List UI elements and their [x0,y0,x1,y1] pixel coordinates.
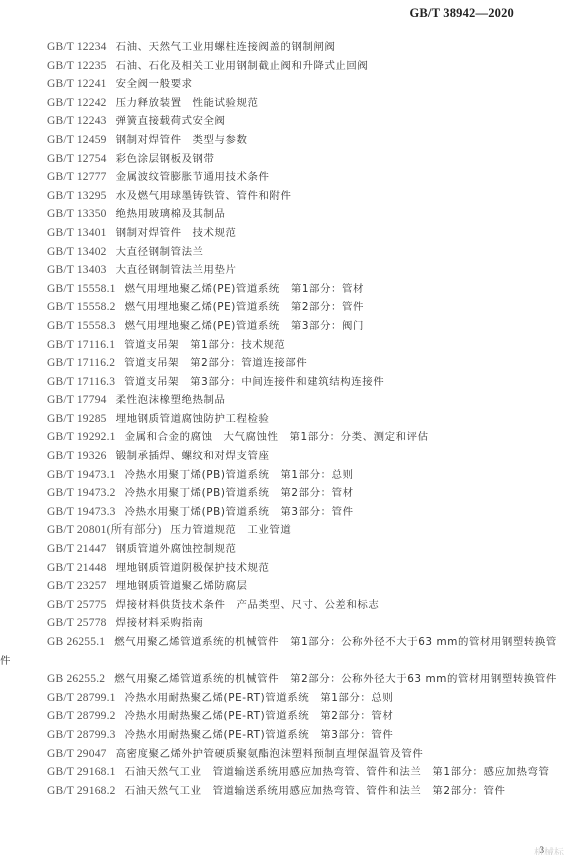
reference-code: GB/T 28799.1 [47,692,116,704]
reference-entry: GB/T 12754彩色涂层钢板及钢带 [0,150,574,169]
reference-entry: GB/T 12459钢制对焊管件 类型与参数 [0,131,574,150]
reference-title: 冷热水用耐热聚乙烯(PE-RT)管道系统 第3部分：管件 [125,729,394,741]
reference-entry: GB/T 12242压力释放装置 性能试验规范 [0,94,574,113]
reference-title: 焊接材料采购指南 [116,617,204,629]
reference-entry: GB/T 17116.3管道支吊架 第3部分：中间连接件和建筑结构连接件 [0,373,574,392]
reference-title: 燃气用埋地聚乙烯(PE)管道系统 第2部分：管件 [125,301,364,313]
reference-title: 钢质管道外腐蚀控制规范 [116,543,237,555]
reference-code: GB/T 25778 [47,617,107,629]
reference-code: GB/T 25775 [47,599,107,611]
reference-code: GB/T 12243 [47,115,107,127]
reference-code: GB/T 13401 [47,227,107,239]
reference-entry: GB/T 15558.3燃气用埋地聚乙烯(PE)管道系统 第3部分：阀门 [0,317,574,336]
reference-title: 柔性泡沫橡塑绝热制品 [116,394,226,406]
reference-entry: GB/T 20801(所有部分)压力管道规范 工业管道 [0,521,574,540]
reference-code: GB/T 21448 [47,562,107,574]
reference-entry: GB/T 19473.3冷热水用聚丁烯(PB)管道系统 第3部分：管件 [0,503,574,522]
reference-code: GB/T 29168.2 [47,785,116,797]
reference-title: 燃气用聚乙烯管道系统的机械管件 第2部分：公称外径大于63 mm的管材用钢塑转换… [114,673,557,685]
reference-title: 焊接材料供货技术条件 产品类型、尺寸、公差和标志 [116,599,380,611]
reference-code: GB/T 12242 [47,97,107,109]
reference-code: GB/T 19326 [47,450,107,462]
reference-code: GB/T 13350 [47,208,107,220]
reference-title: 水及燃气用球墨铸铁管、管件和附件 [116,190,292,202]
reference-entry: GB/T 19285埋地钢质管道腐蚀防护工程检验 [0,410,574,429]
reference-code: GB/T 20801(所有部分) [47,524,161,536]
reference-code: GB/T 12235 [47,60,107,72]
reference-entry: GB/T 28799.2冷热水用耐热聚乙烯(PE-RT)管道系统 第2部分：管材 [0,707,574,726]
reference-code: GB 26255.1 [47,636,105,648]
reference-entry: GB 26255.2燃气用聚乙烯管道系统的机械管件 第2部分：公称外径大于63 … [0,670,574,689]
reference-title: 彩色涂层钢板及钢带 [116,153,215,165]
reference-entry: GB/T 29168.1石油天然气工业 管道输送系统用感应加热弯管、管件和法兰 … [0,763,574,782]
reference-title: 燃气用埋地聚乙烯(PE)管道系统 第1部分：管材 [125,283,364,295]
reference-title: 埋地钢质管道聚乙烯防腐层 [116,580,248,592]
standard-number-header: GB/T 38942—2020 [409,6,514,21]
reference-code: GB/T 17116.1 [47,339,115,351]
reference-entry: GB/T 17116.2管道支吊架 第2部分：管道连接部件 [0,354,574,373]
reference-title: 管道支吊架 第1部分：技术规范 [124,339,285,351]
reference-title: 管道支吊架 第2部分：管道连接部件 [124,357,307,369]
reference-code: GB 26255.2 [47,673,105,685]
reference-code: GB/T 21447 [47,543,107,555]
reference-title: 大直径钢制管法兰用垫片 [116,264,237,276]
reference-title: 埋地钢质管道腐蚀防护工程检验 [116,413,270,425]
reference-code: GB/T 12754 [47,153,107,165]
reference-title: 冷热水用聚丁烯(PB)管道系统 第1部分：总则 [125,469,354,481]
reference-code: GB/T 13403 [47,264,107,276]
reference-code: GB/T 19473.1 [47,469,116,481]
reference-title: 石油、天然气工业用螺柱连接阀盖的钢制闸阀 [116,41,336,53]
reference-entry: GB/T 12243弹簧直接载荷式安全阀 [0,112,574,131]
reference-code: GB/T 19473.3 [47,506,116,518]
reference-entry: GB/T 13350绝热用玻璃棉及其制品 [0,205,574,224]
reference-title: 石油、石化及相关工业用钢制截止阀和升降式止回阀 [116,60,369,72]
reference-entry: GB/T 13403大直径钢制管法兰用垫片 [0,261,574,280]
reference-entry: GB/T 25775焊接材料供货技术条件 产品类型、尺寸、公差和标志 [0,596,574,615]
reference-entry: GB/T 12777金属波纹管膨胀节通用技术条件 [0,168,574,187]
reference-code: GB/T 19292.1 [47,431,116,443]
reference-title: 安全阀一般要求 [116,78,193,90]
reference-entry: GB/T 12235石油、石化及相关工业用钢制截止阀和升降式止回阀 [0,57,574,76]
reference-entry: GB/T 21447钢质管道外腐蚀控制规范 [0,540,574,559]
reference-entry: GB/T 12241安全阀一般要求 [0,75,574,94]
reference-code: GB/T 12777 [47,171,107,183]
reference-code: GB/T 15558.1 [47,283,116,295]
reference-title: 压力释放装置 性能试验规范 [116,97,259,109]
reference-title: 金属波纹管膨胀节通用技术条件 [116,171,270,183]
reference-code: GB/T 12241 [47,78,107,90]
reference-title: 大直径钢制管法兰 [116,246,204,258]
reference-entry: GB/T 13295水及燃气用球墨铸铁管、管件和附件 [0,187,574,206]
reference-entry: GB 26255.1燃气用聚乙烯管道系统的机械管件 第1部分：公称外径不大于63… [0,633,574,670]
reference-title: 冷热水用聚丁烯(PB)管道系统 第2部分：管材 [125,487,354,499]
reference-code: GB/T 17116.3 [47,376,115,388]
reference-entry: GB/T 21448埋地钢质管道阴极保护技术规范 [0,559,574,578]
reference-title: 冷热水用聚丁烯(PB)管道系统 第3部分：管件 [125,506,354,518]
reference-code: GB/T 15558.2 [47,301,116,313]
reference-title: 燃气用埋地聚乙烯(PE)管道系统 第3部分：阀门 [125,320,364,332]
reference-entry: GB/T 13401钢制对焊管件 技术规范 [0,224,574,243]
reference-code: GB/T 13402 [47,246,107,258]
reference-title: 锻制承插焊、螺纹和对焊支管座 [116,450,270,462]
reference-entry: GB/T 17794柔性泡沫橡塑绝热制品 [0,391,574,410]
reference-title: 石油天然气工业 管道输送系统用感应加热弯管、管件和法兰 第1部分：感应加热弯管 [125,766,550,778]
reference-code: GB/T 28799.2 [47,710,116,722]
reference-code: GB/T 19285 [47,413,107,425]
reference-entry: GB/T 29168.2石油天然气工业 管道输送系统用感应加热弯管、管件和法兰 … [0,782,574,801]
reference-title: 钢制对焊管件 技术规范 [116,227,237,239]
reference-title: 金属和合金的腐蚀 大气腐蚀性 第1部分：分类、测定和评估 [125,431,429,443]
reference-title: 高密度聚乙烯外护管硬质聚氨酯泡沫塑料预制直埋保温管及管件 [116,748,424,760]
reference-entry: GB/T 29047高密度聚乙烯外护管硬质聚氨酯泡沫塑料预制直埋保温管及管件 [0,745,574,764]
reference-code: GB/T 23257 [47,580,107,592]
reference-entry: GB/T 19292.1金属和合金的腐蚀 大气腐蚀性 第1部分：分类、测定和评估 [0,428,574,447]
reference-code: GB/T 15558.3 [47,320,116,332]
reference-code: GB/T 29168.1 [47,766,116,778]
reference-entry: GB/T 13402大直径钢制管法兰 [0,243,574,262]
reference-entry: GB/T 28799.1冷热水用耐热聚乙烯(PE-RT)管道系统 第1部分：总则 [0,689,574,708]
reference-title: 埋地钢质管道阴极保护技术规范 [116,562,270,574]
reference-code: GB/T 12459 [47,134,107,146]
reference-code: GB/T 13295 [47,190,107,202]
reference-title: 管道支吊架 第3部分：中间连接件和建筑结构连接件 [124,376,384,388]
reference-entry: GB/T 15558.2燃气用埋地聚乙烯(PE)管道系统 第2部分：管件 [0,298,574,317]
reference-title: 冷热水用耐热聚乙烯(PE-RT)管道系统 第2部分：管材 [125,710,394,722]
reference-entry: GB/T 19473.2冷热水用聚丁烯(PB)管道系统 第2部分：管材 [0,484,574,503]
reference-title: 压力管道规范 工业管道 [170,524,291,536]
reference-code: GB/T 29047 [47,748,107,760]
reference-entry: GB/T 25778焊接材料采购指南 [0,614,574,633]
reference-title: 钢制对焊管件 类型与参数 [116,134,248,146]
reference-code: GB/T 12234 [47,41,107,53]
watermark: 机械标 [534,844,564,855]
reference-entry: GB/T 23257埋地钢质管道聚乙烯防腐层 [0,577,574,596]
reference-title: 冷热水用耐热聚乙烯(PE-RT)管道系统 第1部分：总则 [125,692,394,704]
reference-entry: GB/T 28799.3冷热水用耐热聚乙烯(PE-RT)管道系统 第3部分：管件 [0,726,574,745]
reference-title: 石油天然气工业 管道输送系统用感应加热弯管、管件和法兰 第2部分：管件 [125,785,506,797]
reference-entry: GB/T 15558.1燃气用埋地聚乙烯(PE)管道系统 第1部分：管材 [0,280,574,299]
reference-code: GB/T 19473.2 [47,487,116,499]
reference-code: GB/T 28799.3 [47,729,116,741]
reference-code: GB/T 17116.2 [47,357,115,369]
normative-references-list: GB/T 12234石油、天然气工业用螺柱连接阀盖的钢制闸阀GB/T 12235… [0,38,574,800]
reference-title: 弹簧直接载荷式安全阀 [116,115,226,127]
reference-entry: GB/T 17116.1管道支吊架 第1部分：技术规范 [0,336,574,355]
reference-entry: GB/T 19473.1冷热水用聚丁烯(PB)管道系统 第1部分：总则 [0,466,574,485]
reference-entry: GB/T 19326锻制承插焊、螺纹和对焊支管座 [0,447,574,466]
reference-code: GB/T 17794 [47,394,107,406]
reference-entry: GB/T 12234石油、天然气工业用螺柱连接阀盖的钢制闸阀 [0,38,574,57]
reference-title: 绝热用玻璃棉及其制品 [116,208,226,220]
